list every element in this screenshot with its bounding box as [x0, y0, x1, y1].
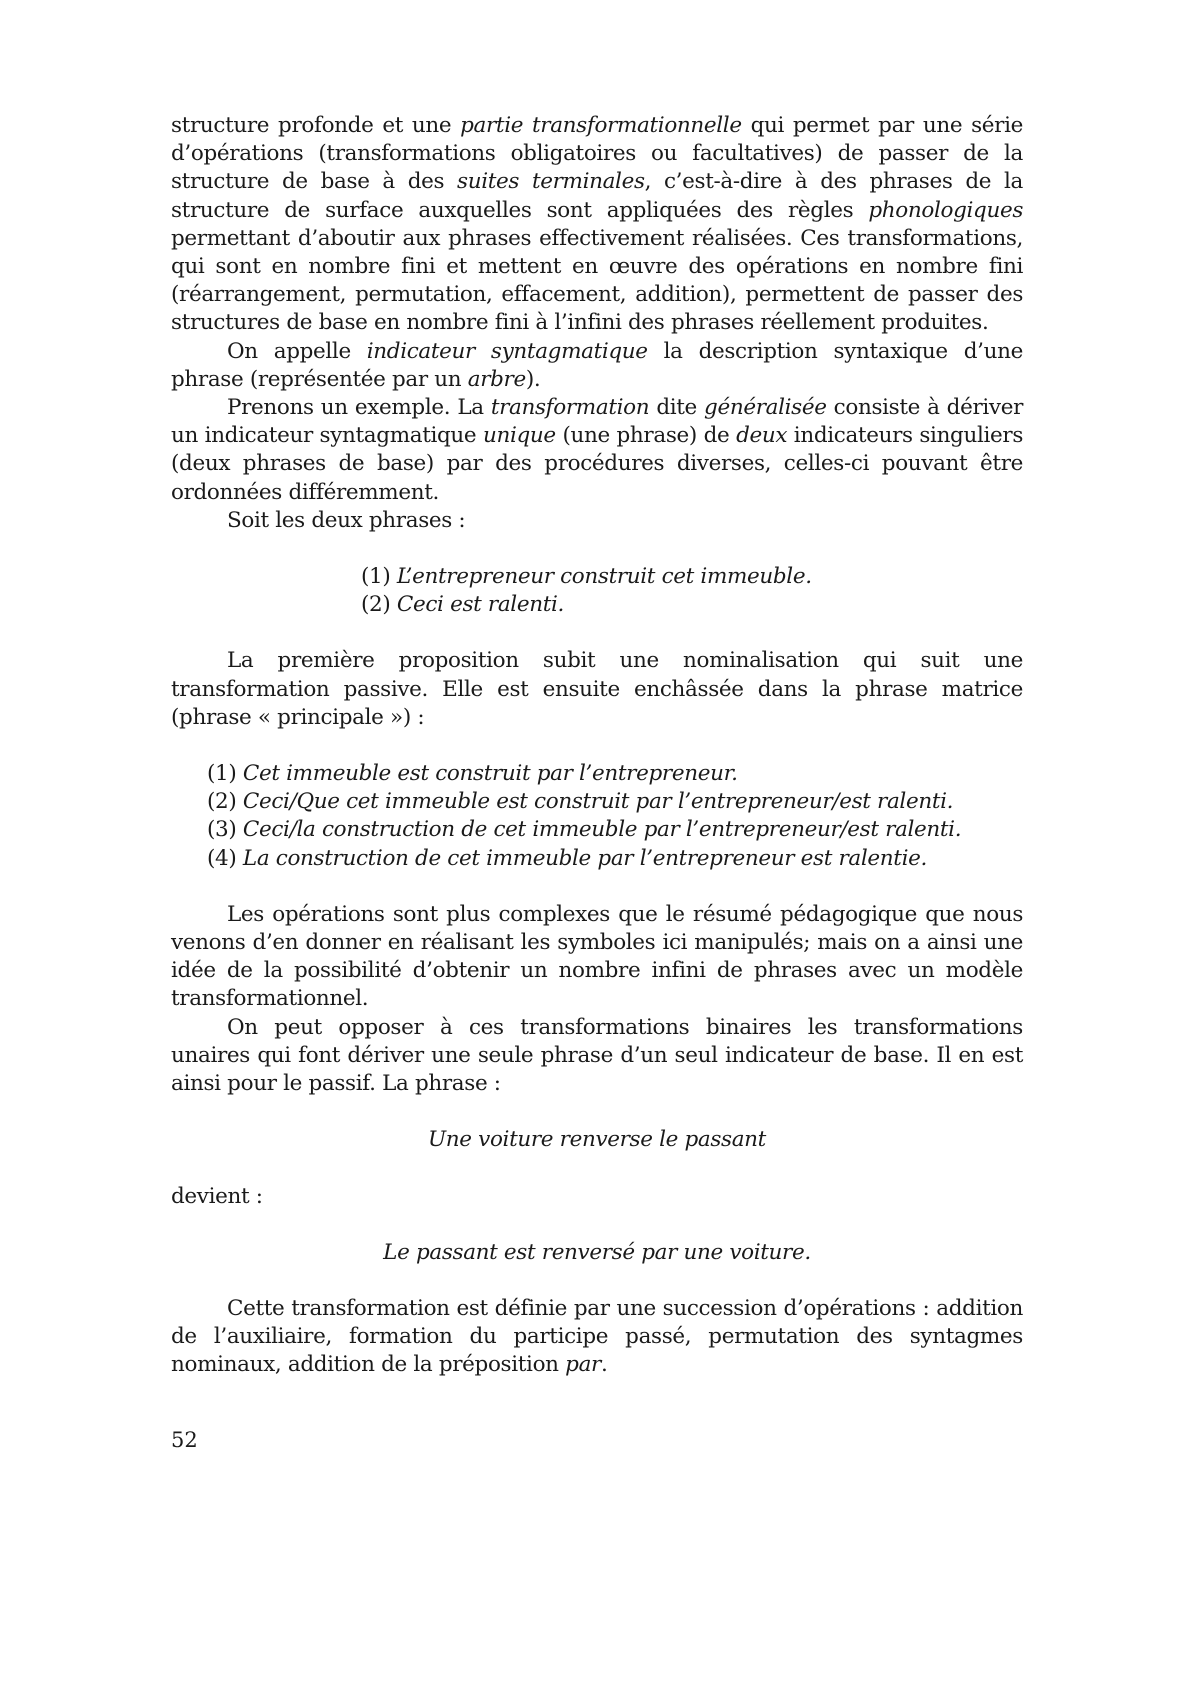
emphasis: deux	[736, 423, 787, 448]
text: structure profonde et une	[171, 113, 460, 138]
example-text: La construction de cet immeuble par l’en…	[243, 846, 927, 871]
paragraph-3: Prenons un exemple. La transformation di…	[171, 394, 1023, 507]
paragraph-1: structure profonde et une partie transfo…	[171, 112, 1023, 338]
example-number: (2)	[207, 789, 236, 814]
spacer	[171, 732, 1023, 760]
emphasis: arbre	[468, 367, 526, 392]
example-text: Ceci est ralenti.	[397, 592, 564, 617]
paragraph-4: Soit les deux phrases :	[171, 507, 1023, 535]
spacer	[171, 1098, 1023, 1126]
example-item: (4) La construction de cet immeuble par …	[207, 845, 1023, 873]
spacer	[171, 1155, 1023, 1183]
example-number: (4)	[207, 846, 236, 871]
paragraph-2: On appelle indicateur syntagmatique la d…	[171, 338, 1023, 394]
text: dite	[649, 395, 704, 420]
example-item: (2) Ceci/Que cet immeuble est construit …	[207, 788, 1023, 816]
example-text: Le passant est renversé par une voiture.	[383, 1240, 811, 1265]
emphasis: partie transformationnelle	[460, 113, 742, 138]
paragraph-6: Les opérations sont plus complexes que l…	[171, 901, 1023, 1014]
text: Prenons un exemple. La	[227, 395, 491, 420]
spacer	[171, 1211, 1023, 1239]
example-text: L’entrepreneur construit cet immeuble.	[397, 564, 812, 589]
spacer	[171, 619, 1023, 647]
example-number: (2)	[361, 592, 390, 617]
example-list-b: (1) Cet immeuble est construit par l’ent…	[171, 760, 1023, 873]
example-active-sentence: Une voiture renverse le passant	[171, 1126, 1023, 1154]
emphasis: unique	[483, 423, 556, 448]
spacer	[171, 1267, 1023, 1295]
spacer	[171, 535, 1023, 563]
example-number: (1)	[361, 564, 390, 589]
paragraph-7: On peut opposer à ces transformations bi…	[171, 1014, 1023, 1099]
example-item: (1) L’entrepreneur construit cet immeubl…	[361, 563, 1023, 591]
example-passive-sentence: Le passant est renversé par une voiture.	[171, 1239, 1023, 1267]
page-body: structure profonde et une partie transfo…	[171, 112, 1023, 1380]
text: .	[601, 1352, 607, 1377]
paragraph-5: La première proposition subit une nomina…	[171, 647, 1023, 732]
text: On appelle	[227, 339, 367, 364]
page-number: 52	[171, 1428, 198, 1452]
emphasis: indicateur syntagmatique	[367, 339, 648, 364]
emphasis: généralisée	[704, 395, 827, 420]
paragraph-8: Cette transformation est définie par une…	[171, 1295, 1023, 1380]
text: (une phrase) de	[556, 423, 736, 448]
example-number: (3)	[207, 817, 236, 842]
example-item: (1) Cet immeuble est construit par l’ent…	[207, 760, 1023, 788]
text: ).	[526, 367, 541, 392]
emphasis: suites terminales	[457, 169, 645, 194]
example-text: Ceci/la construction de cet immeuble par…	[243, 817, 961, 842]
example-text: Une voiture renverse le passant	[428, 1127, 766, 1152]
example-text: Cet immeuble est construit par l’entrepr…	[243, 761, 738, 786]
example-text: Ceci/Que cet immeuble est construit par …	[243, 789, 953, 814]
devient-label: devient :	[171, 1183, 1023, 1211]
example-list-a: (1) L’entrepreneur construit cet immeubl…	[171, 563, 1023, 619]
emphasis: par	[565, 1352, 601, 1377]
emphasis: phonologiques	[868, 198, 1023, 223]
spacer	[171, 873, 1023, 901]
text: permettant d’aboutir aux phrases effecti…	[171, 226, 1023, 336]
example-item: (2) Ceci est ralenti.	[361, 591, 1023, 619]
example-item: (3) Ceci/la construction de cet immeuble…	[207, 816, 1023, 844]
example-number: (1)	[207, 761, 236, 786]
emphasis: transformation	[491, 395, 649, 420]
